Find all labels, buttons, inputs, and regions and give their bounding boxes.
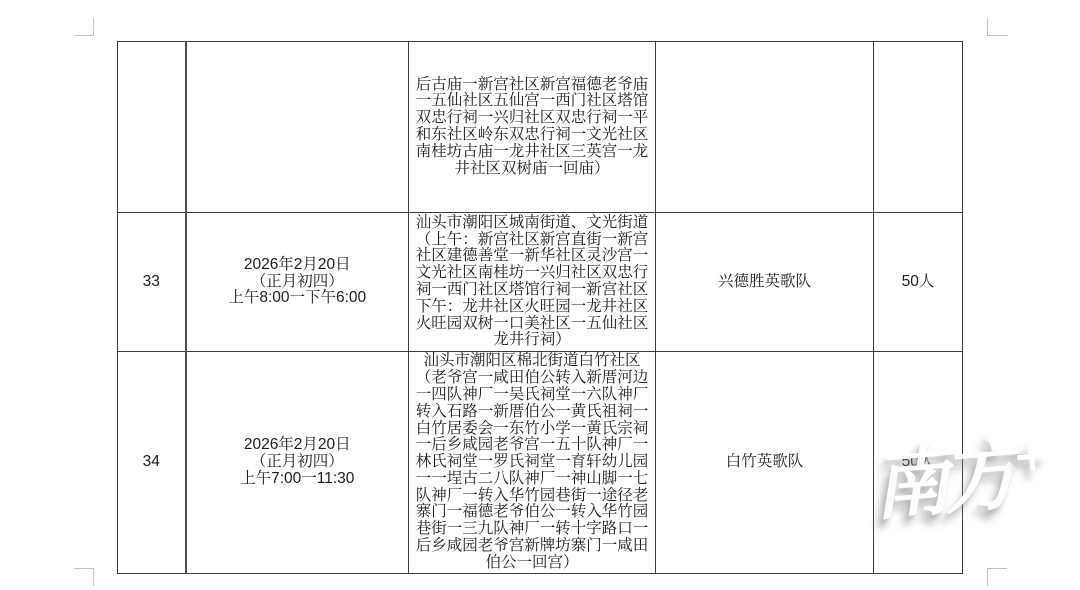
margin-crop-mark-top-right xyxy=(987,18,1007,36)
cell-team xyxy=(656,42,874,213)
route-text: 汕头市潮阳区棉北街道白竹社区（老爷宫一咸田伯公转入新厝河边一四队神厂一吴氏祠堂一… xyxy=(414,353,650,571)
cell-row-number: 34 xyxy=(118,352,186,574)
schedule-date: 2026年2月20日 xyxy=(192,437,404,454)
cell-team: 白竹英歌队 xyxy=(656,352,874,574)
cell-schedule xyxy=(186,42,409,213)
cell-schedule: 2026年2月20日 （正月初四） 上午7:00一11:30 xyxy=(186,352,409,574)
margin-crop-mark-top-left xyxy=(74,18,94,36)
cell-route: 汕头市潮阳区城南街道、文光街道（上午：新宫社区新宫直街一新宫社区建德善堂一新华社… xyxy=(409,213,656,352)
route-text-am: 汕头市潮阳区城南街道、文光街道（上午：新宫社区新宫直街一新宫社区建德善堂一新华社… xyxy=(414,215,650,299)
schedule-date: 2026年2月20日 xyxy=(192,257,404,274)
cell-route: 后古庙一新宫社区新宫福德老爷庙一五仙社区五仙宫一西门社区塔馆双忠行祠一兴归社区双… xyxy=(409,42,656,213)
margin-crop-mark-bottom-right xyxy=(987,568,1007,586)
route-text: 后古庙一新宫社区新宫福德老爷庙一五仙社区五仙宫一西门社区塔馆双忠行祠一兴归社区双… xyxy=(414,77,650,178)
cell-headcount xyxy=(874,42,963,213)
cell-team: 兴德胜英歌队 xyxy=(656,213,874,352)
cell-headcount: 50人 xyxy=(874,213,963,352)
cell-route: 汕头市潮阳区棉北街道白竹社区（老爷宫一咸田伯公转入新厝河边一四队神厂一吴氏祠堂一… xyxy=(409,352,656,574)
cell-headcount: 50人 xyxy=(874,352,963,574)
table-row-33: 33 2026年2月20日 （正月初四） 上午8:00一下午6:00 汕头市潮阳… xyxy=(118,213,963,352)
table-row-continuation: 后古庙一新宫社区新宫福德老爷庙一五仙社区五仙宫一西门社区塔馆双忠行祠一兴归社区双… xyxy=(118,42,963,213)
schedule-time: 上午7:00一11:30 xyxy=(192,471,404,488)
parade-schedule-table: 后古庙一新宫社区新宫福德老爷庙一五仙社区五仙宫一西门社区塔馆双忠行祠一兴归社区双… xyxy=(117,41,963,574)
margin-crop-mark-bottom-left xyxy=(74,568,94,586)
route-text-pm: 下午：龙井社区火旺园一龙井社区火旺园双树一口美社区一五仙社区龙井行祠） xyxy=(414,299,650,349)
schedule-lunar-date: （正月初四） xyxy=(192,274,404,291)
cell-row-number xyxy=(118,42,186,213)
schedule-time: 上午8:00一下午6:00 xyxy=(192,290,404,307)
cell-schedule: 2026年2月20日 （正月初四） 上午8:00一下午6:00 xyxy=(186,213,409,352)
watermark-plus-icon: + xyxy=(1010,426,1053,483)
table-row-34: 34 2026年2月20日 （正月初四） 上午7:00一11:30 汕头市潮阳区… xyxy=(118,352,963,574)
cell-row-number: 33 xyxy=(118,213,186,352)
schedule-table: 后古庙一新宫社区新宫福德老爷庙一五仙社区五仙宫一西门社区塔馆双忠行祠一兴归社区双… xyxy=(117,41,963,574)
schedule-lunar-date: （正月初四） xyxy=(192,454,404,471)
